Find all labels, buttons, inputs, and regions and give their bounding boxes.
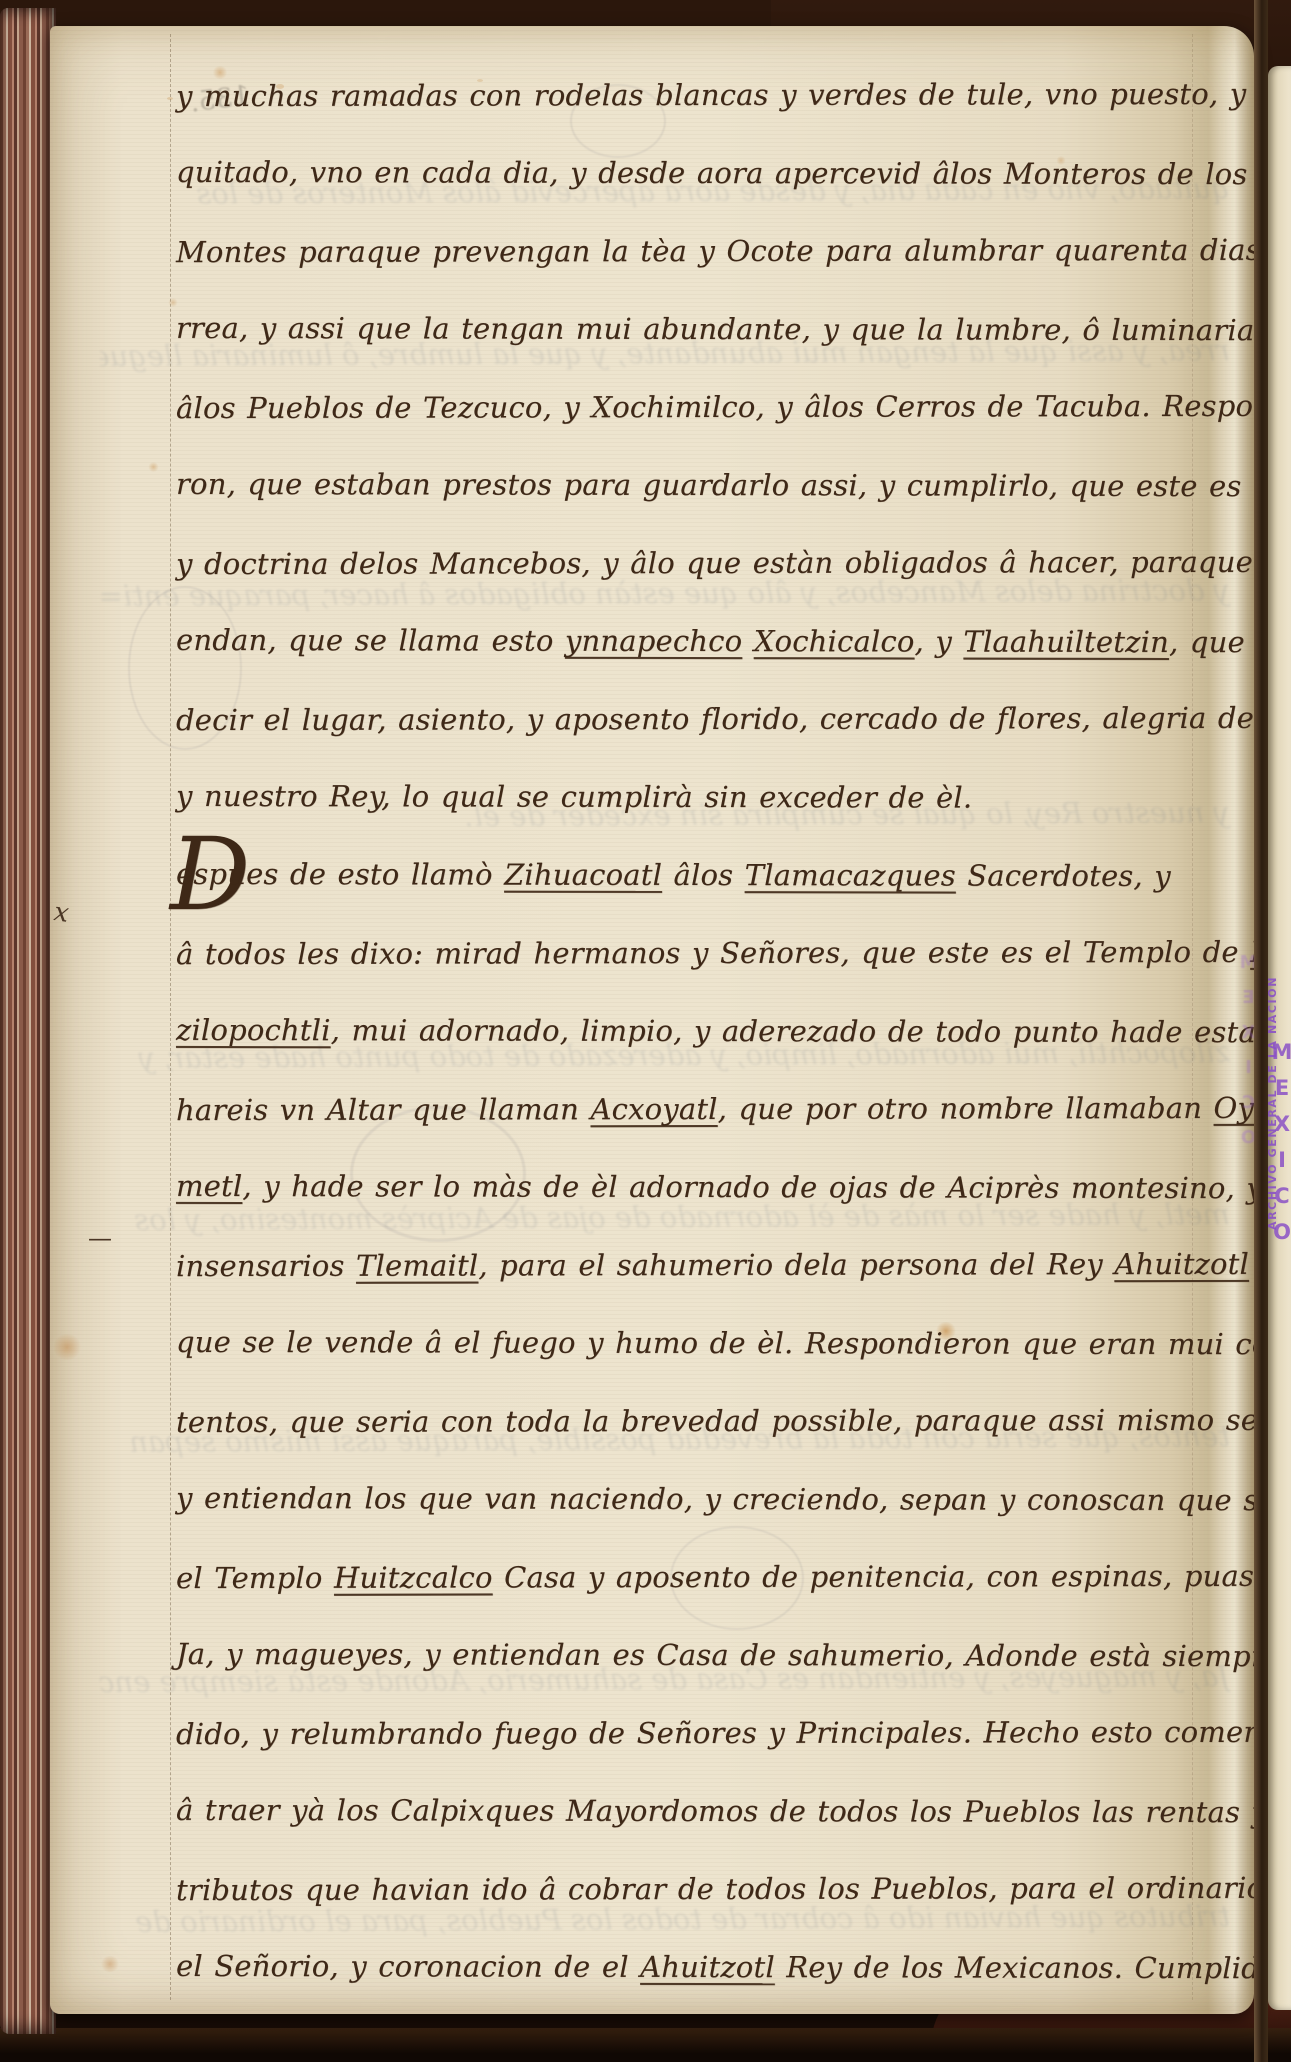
manuscript-word: y muchas ramadas con rodelas blancas y v…: [176, 77, 1291, 113]
paper-stain: [148, 462, 159, 472]
manuscript-word: âlos: [662, 858, 745, 892]
manuscript-line: â traer yà los Calpixques Mayordomos de …: [176, 1771, 1224, 1851]
manuscript-word: , que por otro nombre llamaban: [718, 1091, 1214, 1126]
underlined-word: metl: [176, 1169, 242, 1203]
manuscript-word: dido, y relumbrando fuego de Señores y P…: [176, 1715, 1291, 1751]
manuscript-word: y doctrina delos Mancebos, y âlo que est…: [176, 545, 1291, 581]
manuscript-word: tributos que havian ido â cobrar de todo…: [176, 1871, 1291, 1907]
underlined-word: Ahuitzotl: [1114, 1247, 1249, 1281]
manuscript-line: Montes paraque prevengan la tèa y Ocote …: [176, 211, 1224, 291]
underlined-word: Zihuacoatl: [504, 858, 662, 892]
manuscript-word: , mui adornado, limpio, y aderezado de t…: [331, 1013, 1291, 1049]
manuscript-line: rrea, y assi que la tengan mui abundante…: [176, 289, 1224, 369]
archive-stamp-location: MEXICO: [1276, 1040, 1291, 1540]
manuscript-word: tentos, que seria con toda la brevedad p…: [176, 1403, 1291, 1439]
manuscript-line: quitado, vno en cada dia, y desde aora a…: [176, 133, 1224, 213]
margin-rule-left: [170, 34, 171, 2000]
manuscript-word: el Señorio, y coronacion de el: [176, 1949, 640, 1984]
paper-stain: [52, 1334, 82, 1360]
margin-cross-mark: x: [52, 897, 71, 929]
underlined-word: Ahuitzotl: [640, 1950, 775, 1984]
paragraph: y muchas ramadas con rodelas blancas y v…: [176, 56, 1224, 836]
underlined-word: zilopochtli: [176, 1013, 331, 1047]
manuscript-word: hareis vn Altar que llaman: [176, 1092, 591, 1127]
manuscript-line: endan, que se llama esto ynnapechco Xoch…: [176, 601, 1224, 681]
manuscript-word: Montes paraque prevengan la tèa y Ocote …: [176, 233, 1290, 269]
manuscript-word: insensarios: [176, 1249, 356, 1283]
manuscript-word: Sacerdotes, y: [956, 859, 1171, 893]
underlined-word: Tlemaitl: [356, 1248, 478, 1282]
manuscript-line: â todos les dixo: mirad hermanos y Señor…: [176, 913, 1224, 993]
manuscript-line: metl, y hade ser lo màs de èl adornado d…: [176, 1147, 1224, 1227]
archive-stamp-showthrough: MEXICO: [1238, 952, 1254, 1252]
manuscript-photo: { "document": { "marginalia": { "bleedth…: [0, 0, 1291, 2062]
manuscript-word: ron, que estaban prestos para guardarlo …: [176, 467, 1291, 504]
manuscript-line: ron, que estaban prestos para guardarlo …: [176, 445, 1224, 525]
manuscript-line: que se le vende â el fuego y humo de èl.…: [176, 1303, 1224, 1383]
manuscript-word: endan, que se llama esto: [176, 623, 565, 658]
manuscript-line: el Templo Huitzcalco Casa y aposento de …: [176, 1537, 1224, 1617]
manuscript-line: decir el lugar, asiento, y aposento flor…: [176, 679, 1224, 759]
manuscript-word: , y hade ser lo màs de èl adornado de oj…: [242, 1169, 1291, 1205]
underlined-word: ynnapechco: [565, 624, 742, 658]
underlined-word: Tlaahuiltetzin: [963, 625, 1169, 659]
manuscript-word: , y: [914, 624, 963, 658]
manuscript-word: [742, 624, 753, 658]
paper-stain: [100, 1956, 120, 1972]
manuscript-word: que se le vende â el fuego y humo de èl.…: [176, 1325, 1291, 1361]
manuscript-word: el Templo: [176, 1561, 334, 1595]
manuscript-word: âlos Pueblos de Tezcuco, y Xochimilco, y…: [176, 389, 1291, 425]
manuscript-line: dido, y relumbrando fuego de Señores y P…: [176, 1693, 1224, 1773]
manuscript-word: decir el lugar, asiento, y aposento flor…: [176, 701, 1291, 737]
manuscript-line: y nuestro Rey, lo qual se cumplirà sin e…: [176, 757, 1224, 837]
manuscript-line: insensarios Tlemaitl, para el sahumerio …: [176, 1225, 1224, 1305]
underlined-word: Tlamacazques: [745, 858, 956, 892]
manuscript-word: Casa y aposento de penitencia, con espin…: [493, 1559, 1291, 1595]
manuscript-word: quitado, vno en cada dia, y desde aora a…: [176, 155, 1248, 191]
manuscript-line: y muchas ramadas con rodelas blancas y v…: [176, 55, 1224, 135]
manuscript-word: y entiendan los que van naciendo, y crec…: [176, 1481, 1291, 1517]
manuscript-word: Ja, y magueyes, y entiendan es Casa de s…: [176, 1637, 1291, 1674]
manuscript-line: espues de esto llamò Zihuacoatl âlos Tla…: [176, 835, 1224, 915]
manuscript-word: â traer yà los Calpixques Mayordomos de …: [176, 1793, 1268, 1829]
manuscript-text: y muchas ramadas con rodelas blancas y v…: [176, 56, 1224, 2006]
manuscript-line: hareis vn Altar que llaman Acxoyatl, que…: [176, 1069, 1224, 1149]
manuscript-word: , para el sahumerio dela persona del Rey: [478, 1247, 1114, 1282]
paragraph: Despues de esto llamò Zihuacoatl âlos Tl…: [176, 836, 1224, 2006]
manuscript-line: tentos, que seria con toda la brevedad p…: [176, 1381, 1224, 1461]
manuscript-line: Ja, y magueyes, y entiendan es Casa de s…: [176, 1615, 1224, 1695]
marbled-fore-edge: [0, 8, 56, 2034]
manuscript-line: y doctrina delos Mancebos, y âlo que est…: [176, 523, 1224, 603]
manuscript-word: y nuestro Rey, lo qual se cumplirà sin e…: [176, 779, 972, 815]
book-cover-bottom-edge: [0, 2028, 1291, 2062]
manuscript-line: tributos que havian ido â cobrar de todo…: [176, 1849, 1224, 1929]
underlined-word: Acxoyatl: [590, 1092, 717, 1126]
margin-dash-mark: —: [88, 1224, 112, 1252]
manuscript-line: y entiendan los que van naciendo, y crec…: [176, 1459, 1224, 1539]
manuscript-word: espues de esto llamò: [176, 857, 504, 892]
underlined-word: Huitzcalco: [334, 1560, 493, 1594]
manuscript-word: â todos les dixo: mirad hermanos y Señor…: [176, 935, 1250, 971]
manuscript-word: rrea, y assi que la tengan mui abundante…: [176, 311, 1291, 347]
manuscript-page: quitado, vno en cada dia, y desde aora a…: [50, 26, 1254, 2014]
manuscript-line: âlos Pueblos de Tezcuco, y Xochimilco, y…: [176, 367, 1224, 447]
manuscript-line: el Señorio, y coronacion de el Ahuitzotl…: [176, 1927, 1224, 2007]
underlined-word: Xochicalco: [754, 624, 915, 658]
manuscript-word: Rey de los Mexicanos. Cumplido: [775, 1950, 1278, 1985]
manuscript-line: zilopochtli, mui adornado, limpio, y ade…: [176, 991, 1224, 1071]
